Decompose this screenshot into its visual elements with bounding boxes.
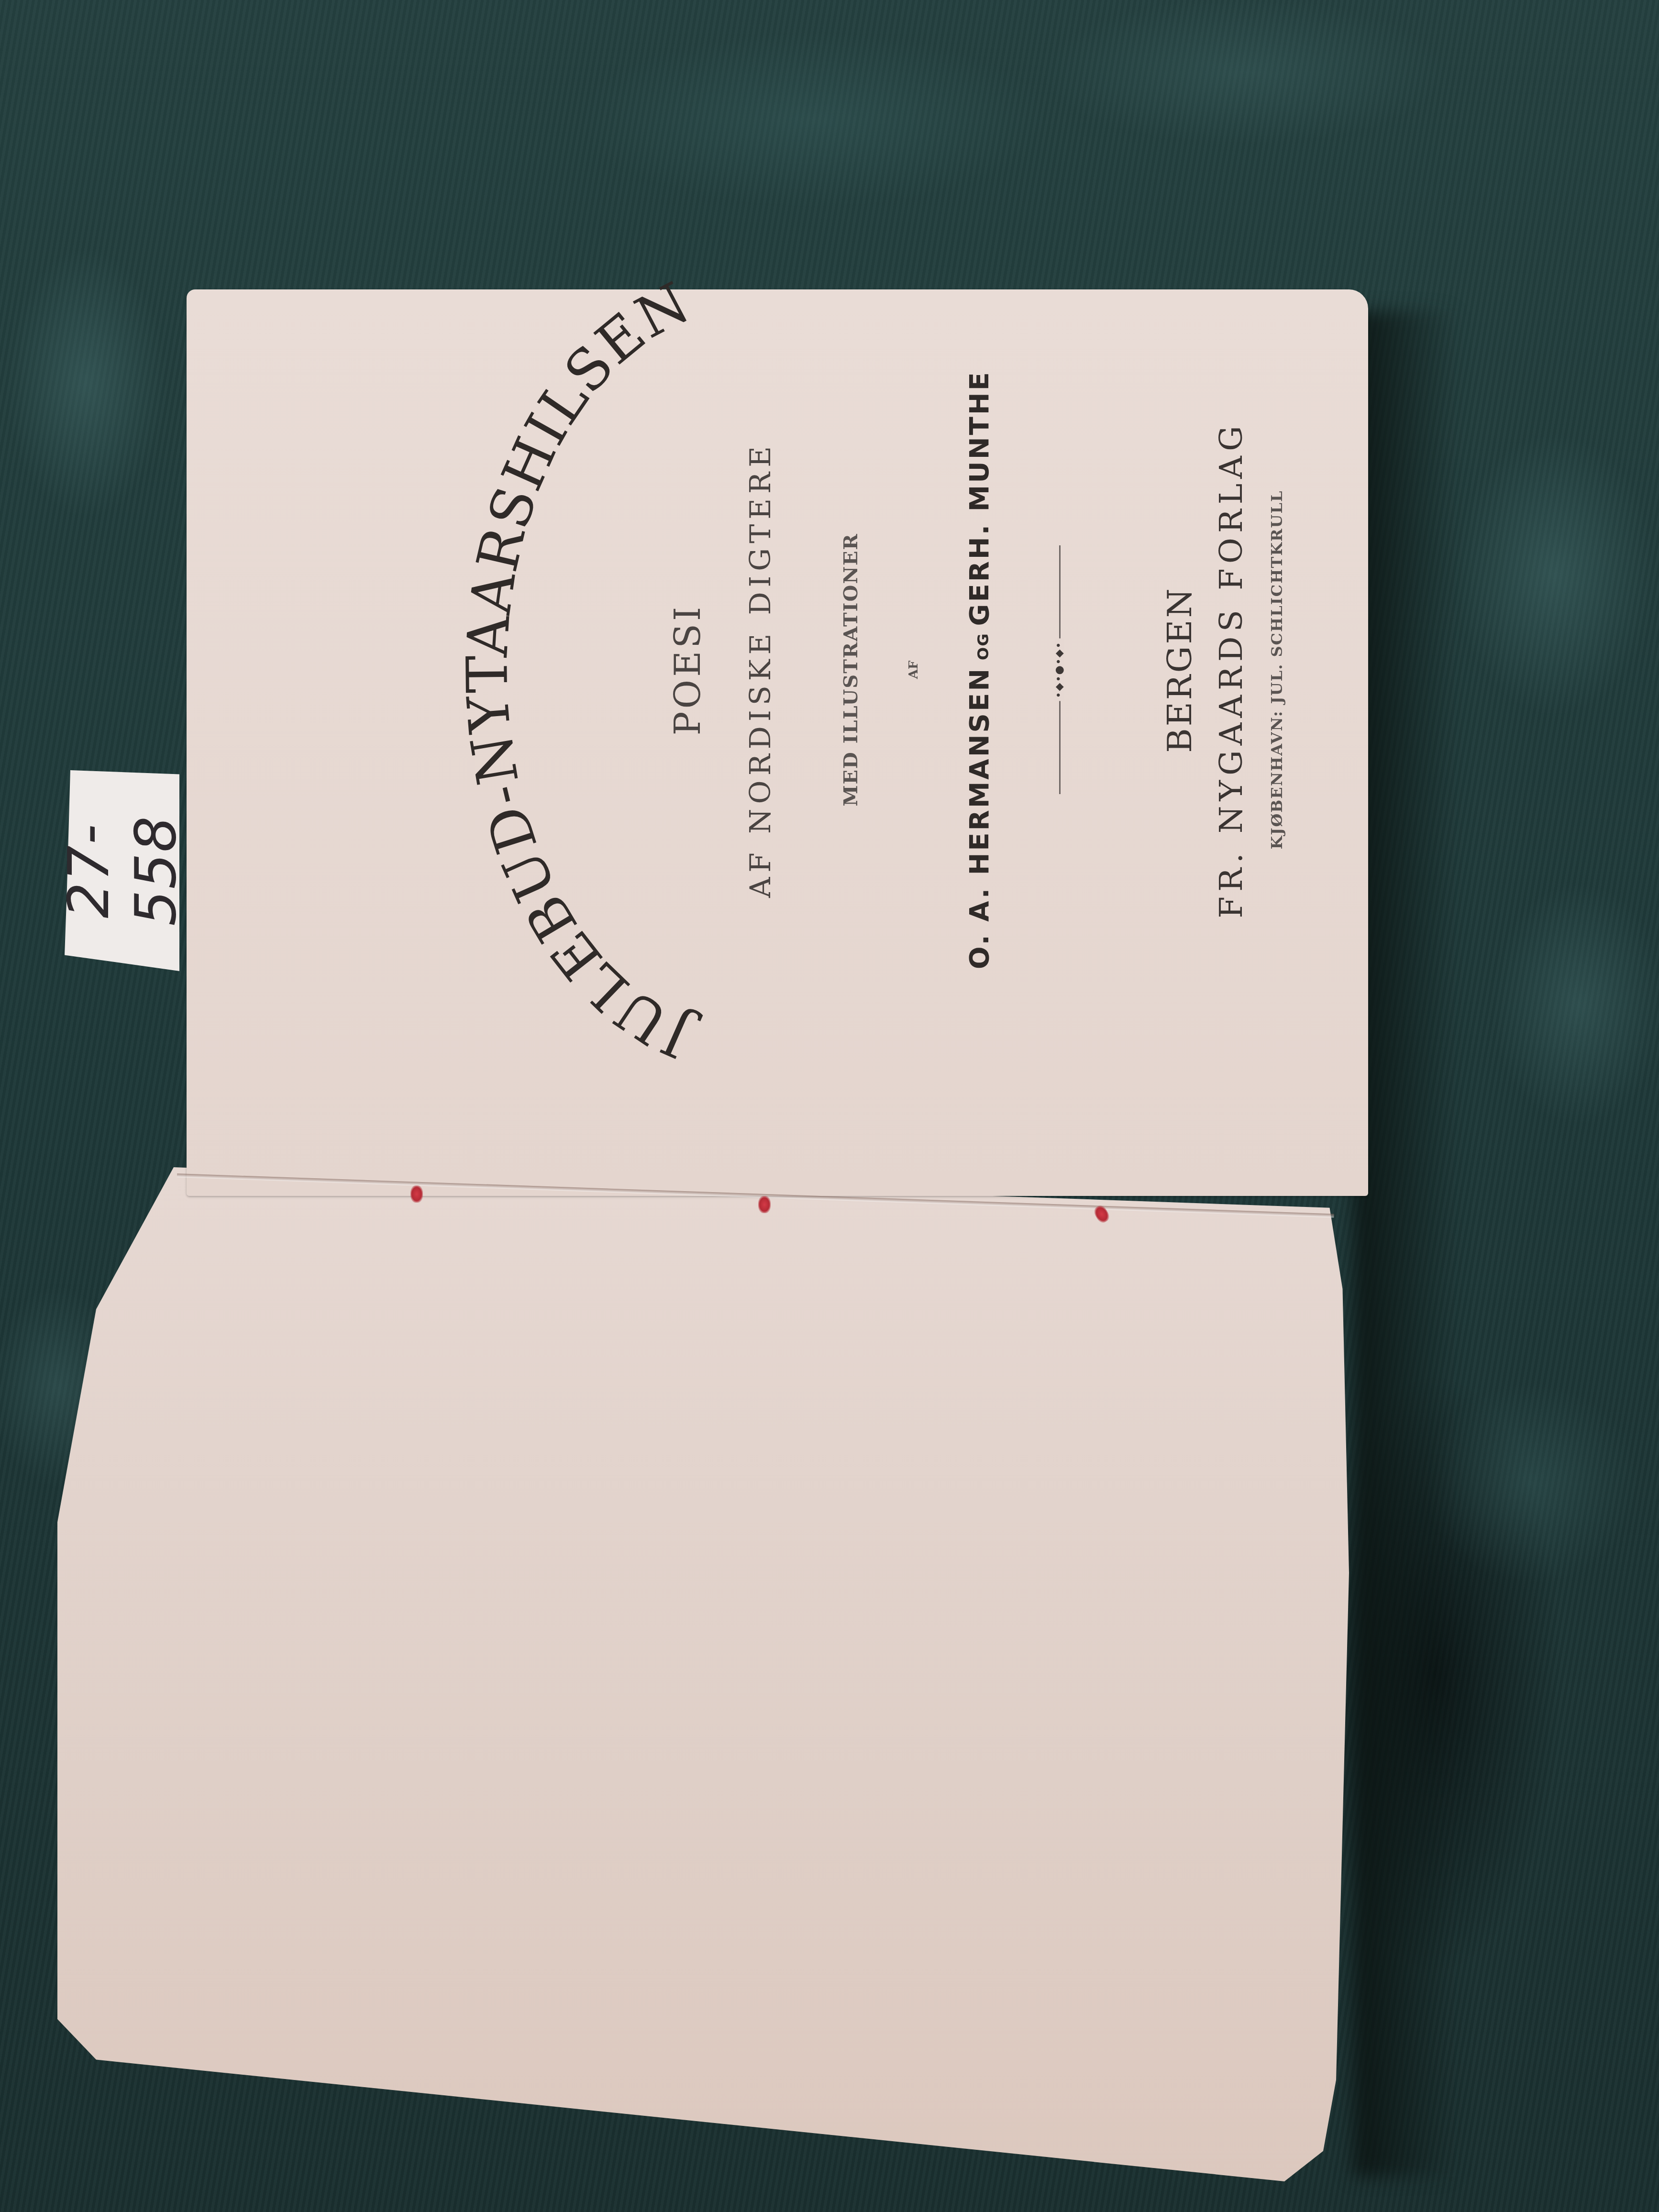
blank-verso-page bbox=[57, 1167, 1349, 2181]
arched-title-svg: JULEBUD-NYTAARSHILSEN bbox=[419, 263, 782, 1076]
illustrations-line: MED ILLUSTRATIONER bbox=[840, 263, 862, 1076]
catalog-label-number: 27-558 bbox=[55, 770, 122, 971]
ornamental-rule: •◆•●•◆• bbox=[1055, 263, 1064, 1076]
title-page-text-block: JULEBUD-NYTAARSHILSEN POESI AF NORDISKE … bbox=[419, 263, 1327, 1076]
rule-line: •◆•●•◆• bbox=[1059, 545, 1061, 794]
conjunction-og: OG bbox=[974, 633, 992, 660]
af-line: AF bbox=[907, 263, 921, 1076]
book-title: JULEBUD-NYTAARSHILSEN bbox=[454, 269, 704, 1073]
byline-nordiske-digtere: AF NORDISKE DIGTERE bbox=[744, 263, 777, 1076]
imprint-distributor: KJØBENHAVN: JUL. SCHLICHTKRULL bbox=[1268, 263, 1286, 1076]
subtitle-poesi: POESI bbox=[667, 263, 708, 1076]
imprint-city: BERGEN bbox=[1160, 263, 1199, 1076]
authors-line: O. A. HERMANSENOGGERH. MUNTHE bbox=[964, 263, 995, 1076]
imprint-publisher: FR. NYGAARDS FORLAG bbox=[1213, 263, 1250, 1076]
author-munthe: GERH. MUNTHE bbox=[964, 370, 995, 626]
red-thread-stitch-1 bbox=[410, 1185, 423, 1203]
page-shadow bbox=[1354, 311, 1459, 2177]
author-hermansen: O. A. HERMANSEN bbox=[964, 667, 995, 969]
bead-ornament-icon: •◆•●•◆• bbox=[1055, 639, 1064, 701]
arched-title: JULEBUD-NYTAARSHILSEN bbox=[419, 263, 782, 1076]
red-thread-stitch-2 bbox=[758, 1196, 771, 1213]
